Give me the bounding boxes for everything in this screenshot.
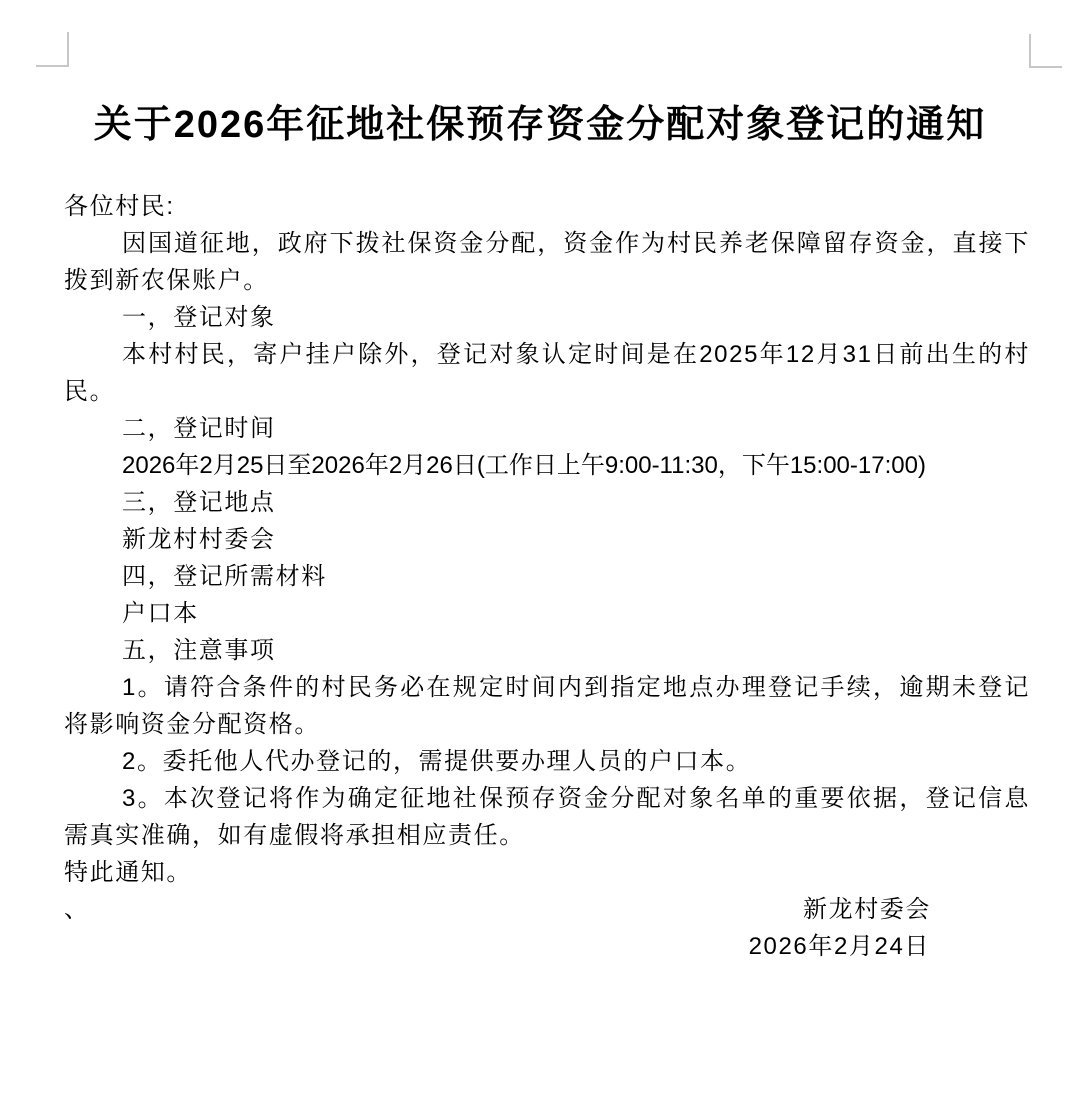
notice-paragraph: 三，登记地点 bbox=[64, 484, 1030, 521]
notice-paragraph: 新龙村村委会 bbox=[64, 521, 1030, 558]
page-corner-mark-top-left bbox=[36, 32, 69, 67]
notice-paragraph: 各位村民: bbox=[64, 188, 1030, 225]
notice-paragraph: 一，登记对象 bbox=[64, 299, 1030, 336]
signature-date: 2026年2月24日 bbox=[64, 928, 930, 965]
notice-paragraph: 2。委托他人代办登记的，需提供要办理人员的户口本。 bbox=[64, 743, 1030, 780]
notice-paragraph: 1。请符合条件的村民务必在规定时间内到指定地点办理登记手续，逾期未登记将影响资金… bbox=[64, 669, 1030, 743]
notice-paragraph: 户口本 bbox=[64, 595, 1030, 632]
notice-paragraphs: 各位村民:因国道征地，政府下拨社保资金分配，资金作为村民养老保障留存资金，直接下… bbox=[64, 188, 1030, 891]
signature-name: 新龙村委会 bbox=[803, 891, 931, 928]
notice-paragraph: 特此通知。 bbox=[64, 854, 1030, 891]
notice-paragraph: 二，登记时间 bbox=[64, 410, 1030, 447]
stray-punctuation-mark: 、 bbox=[64, 891, 90, 928]
page-corner-mark-top-right bbox=[1029, 34, 1062, 68]
notice-paragraph: 3。本次登记将作为确定征地社保预存资金分配对象名单的重要依据，登记信息需真实准确… bbox=[64, 780, 1030, 854]
notice-paragraph: 四，登记所需材料 bbox=[64, 558, 1030, 595]
notice-paragraph: 因国道征地，政府下拨社保资金分配，资金作为村民养老保障留存资金，直接下拨到新农保… bbox=[64, 225, 1030, 299]
notice-document-page: 关于2026年征地社保预存资金分配对象登记的通知 各位村民:因国道征地，政府下拨… bbox=[0, 0, 1080, 1095]
notice-paragraph: 五，注意事项 bbox=[64, 632, 1030, 669]
notice-title: 关于2026年征地社保预存资金分配对象登记的通知 bbox=[40, 104, 1040, 146]
notice-paragraph: 2026年2月25日至2026年2月26日(工作日上午9:00-11:30，下午… bbox=[64, 447, 1030, 484]
notice-body: 各位村民:因国道征地，政府下拨社保资金分配，资金作为村民养老保障留存资金，直接下… bbox=[0, 188, 1080, 965]
signature-row: 、 新龙村委会 bbox=[64, 891, 1030, 928]
notice-paragraph: 本村村民，寄户挂户除外，登记对象认定时间是在2025年12月31日前出生的村民。 bbox=[64, 336, 1030, 410]
